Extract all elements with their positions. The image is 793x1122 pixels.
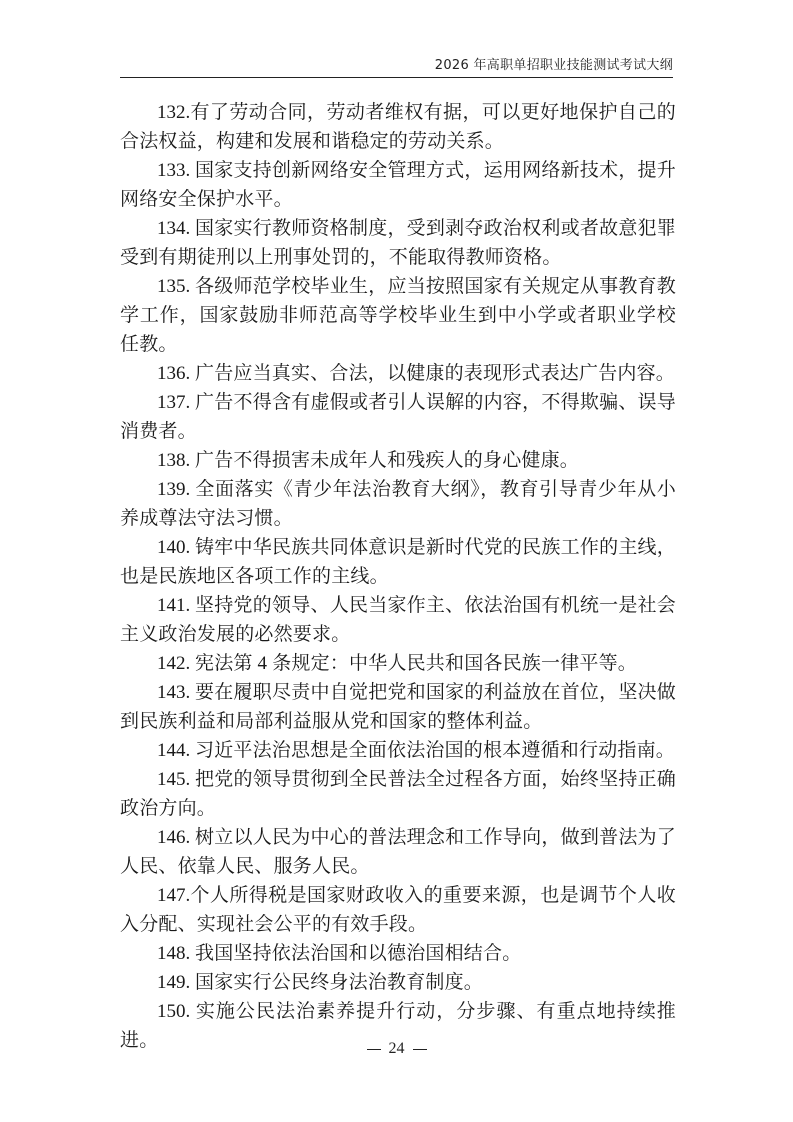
page-number: 24 [389, 1040, 405, 1057]
item-number: 143. [157, 682, 195, 703]
list-item-140: 140. 铸牢中华民族共同体意识是新时代党的民族工作的主线，也是民族地区各项工作… [120, 533, 676, 591]
item-text: 广告不得含有虚假或者引人误解的内容，不得欺骗、误导消费者。 [120, 392, 676, 442]
list-item-142: 142. 宪法第 4 条规定：中华人民共和国各民族一律平等。 [120, 649, 676, 678]
list-item-133: 133. 国家支持创新网络安全管理方式，运用网络新技术，提升网络安全保护水平。 [120, 156, 676, 214]
item-number: 133. [157, 160, 195, 181]
item-number: 141. [157, 595, 195, 616]
list-item-146: 146. 树立以人民为中心的普法理念和工作导向，做到普法为了人民、依靠人民、服务… [120, 823, 676, 881]
item-text: 要在履职尽责中自觉把党和国家的利益放在首位，坚决做到民族利益和局部利益服从党和国… [120, 682, 676, 732]
list-item-145: 145. 把党的领导贯彻到全民普法全过程各方面，始终坚持正确政治方向。 [120, 765, 676, 823]
list-item-138: 138. 广告不得损害未成年人和残疾人的身心健康。 [120, 446, 676, 475]
item-number: 142. [157, 653, 195, 674]
item-text: 把党的领导贯彻到全民普法全过程各方面，始终坚持正确政治方向。 [120, 769, 676, 819]
item-text: 坚持党的领导、人民当家作主、依法治国有机统一是社会主义政治发展的必然要求。 [120, 595, 676, 645]
item-number: 136. [157, 363, 195, 384]
page-footer: 24 [0, 1040, 793, 1058]
item-number: 145. [157, 769, 195, 790]
document-body: 132.有了劳动合同，劳动者维权有据，可以更好地保护自己的合法权益，构建和发展和… [120, 98, 676, 1055]
item-text: 有了劳动合同，劳动者维权有据，可以更好地保护自己的合法权益，构建和发展和谐稳定的… [120, 102, 676, 152]
item-text: 习近平法治思想是全面依法治国的根本遵循和行动指南。 [195, 740, 675, 761]
item-text: 全面落实《青少年法治教育大纲》，教育引导青少年从小养成尊法守法习惯。 [120, 479, 676, 529]
list-item-147: 147.个人所得税是国家财政收入的重要来源，也是调节个人收入分配、实现社会公平的… [120, 881, 676, 939]
list-item-137: 137. 广告不得含有虚假或者引人误解的内容，不得欺骗、误导消费者。 [120, 388, 676, 446]
list-item-143: 143. 要在履职尽责中自觉把党和国家的利益放在首位，坚决做到民族利益和局部利益… [120, 678, 676, 736]
dash-left [367, 1049, 381, 1051]
item-text: 广告应当真实、合法，以健康的表现形式表达广告内容。 [195, 363, 675, 384]
item-text: 各级师范学校毕业生，应当按照国家有关规定从事教育教学工作，国家鼓励非师范高等学校… [120, 276, 676, 355]
list-item-144: 144. 习近平法治思想是全面依法治国的根本遵循和行动指南。 [120, 736, 676, 765]
item-text: 铸牢中华民族共同体意识是新时代党的民族工作的主线，也是民族地区各项工作的主线。 [120, 537, 676, 587]
item-text: 我国坚持依法治国和以德治国相结合。 [195, 943, 521, 964]
item-number: 139. [157, 479, 195, 500]
item-number: 137. [157, 392, 195, 413]
list-item-135: 135. 各级师范学校毕业生，应当按照国家有关规定从事教育教学工作，国家鼓励非师… [120, 272, 676, 359]
item-text: 国家支持创新网络安全管理方式，运用网络新技术，提升网络安全保护水平。 [120, 160, 676, 210]
item-number: 138. [157, 450, 195, 471]
page-header: 2026 年高职单招职业技能测试考试大纲 [120, 52, 673, 78]
item-number: 134. [157, 218, 195, 239]
item-number: 132. [157, 102, 190, 123]
item-text: 国家实行教师资格制度，受到剥夺政治权利或者故意犯罪受到有期徒刑以上刑事处罚的，不… [120, 218, 676, 268]
item-number: 146. [157, 827, 195, 848]
item-number: 135. [157, 276, 195, 297]
list-item-136: 136. 广告应当真实、合法，以健康的表现形式表达广告内容。 [120, 359, 676, 388]
item-text: 广告不得损害未成年人和残疾人的身心健康。 [195, 450, 579, 471]
item-text: 宪法第 4 条规定：中华人民共和国各民族一律平等。 [195, 653, 637, 674]
list-item-148: 148. 我国坚持依法治国和以德治国相结合。 [120, 939, 676, 968]
item-number: 140. [157, 537, 195, 558]
list-item-134: 134. 国家实行教师资格制度，受到剥夺政治权利或者故意犯罪受到有期徒刑以上刑事… [120, 214, 676, 272]
item-number: 144. [157, 740, 195, 761]
item-number: 148. [157, 943, 195, 964]
list-item-149: 149. 国家实行公民终身法治教育制度。 [120, 968, 676, 997]
item-text: 个人所得税是国家财政收入的重要来源，也是调节个人收入分配、实现社会公平的有效手段… [120, 885, 676, 935]
header-title: 2026 年高职单招职业技能测试考试大纲 [435, 54, 673, 73]
item-text: 国家实行公民终身法治教育制度。 [195, 972, 483, 993]
list-item-141: 141. 坚持党的领导、人民当家作主、依法治国有机统一是社会主义政治发展的必然要… [120, 591, 676, 649]
list-item-132: 132.有了劳动合同，劳动者维权有据，可以更好地保护自己的合法权益，构建和发展和… [120, 98, 676, 156]
item-number: 149. [157, 972, 195, 993]
list-item-139: 139. 全面落实《青少年法治教育大纲》，教育引导青少年从小养成尊法守法习惯。 [120, 475, 676, 533]
dash-right [413, 1049, 427, 1051]
item-text: 树立以人民为中心的普法理念和工作导向，做到普法为了人民、依靠人民、服务人民。 [120, 827, 676, 877]
item-number: 150. [157, 1001, 196, 1022]
item-number: 147. [157, 885, 190, 906]
